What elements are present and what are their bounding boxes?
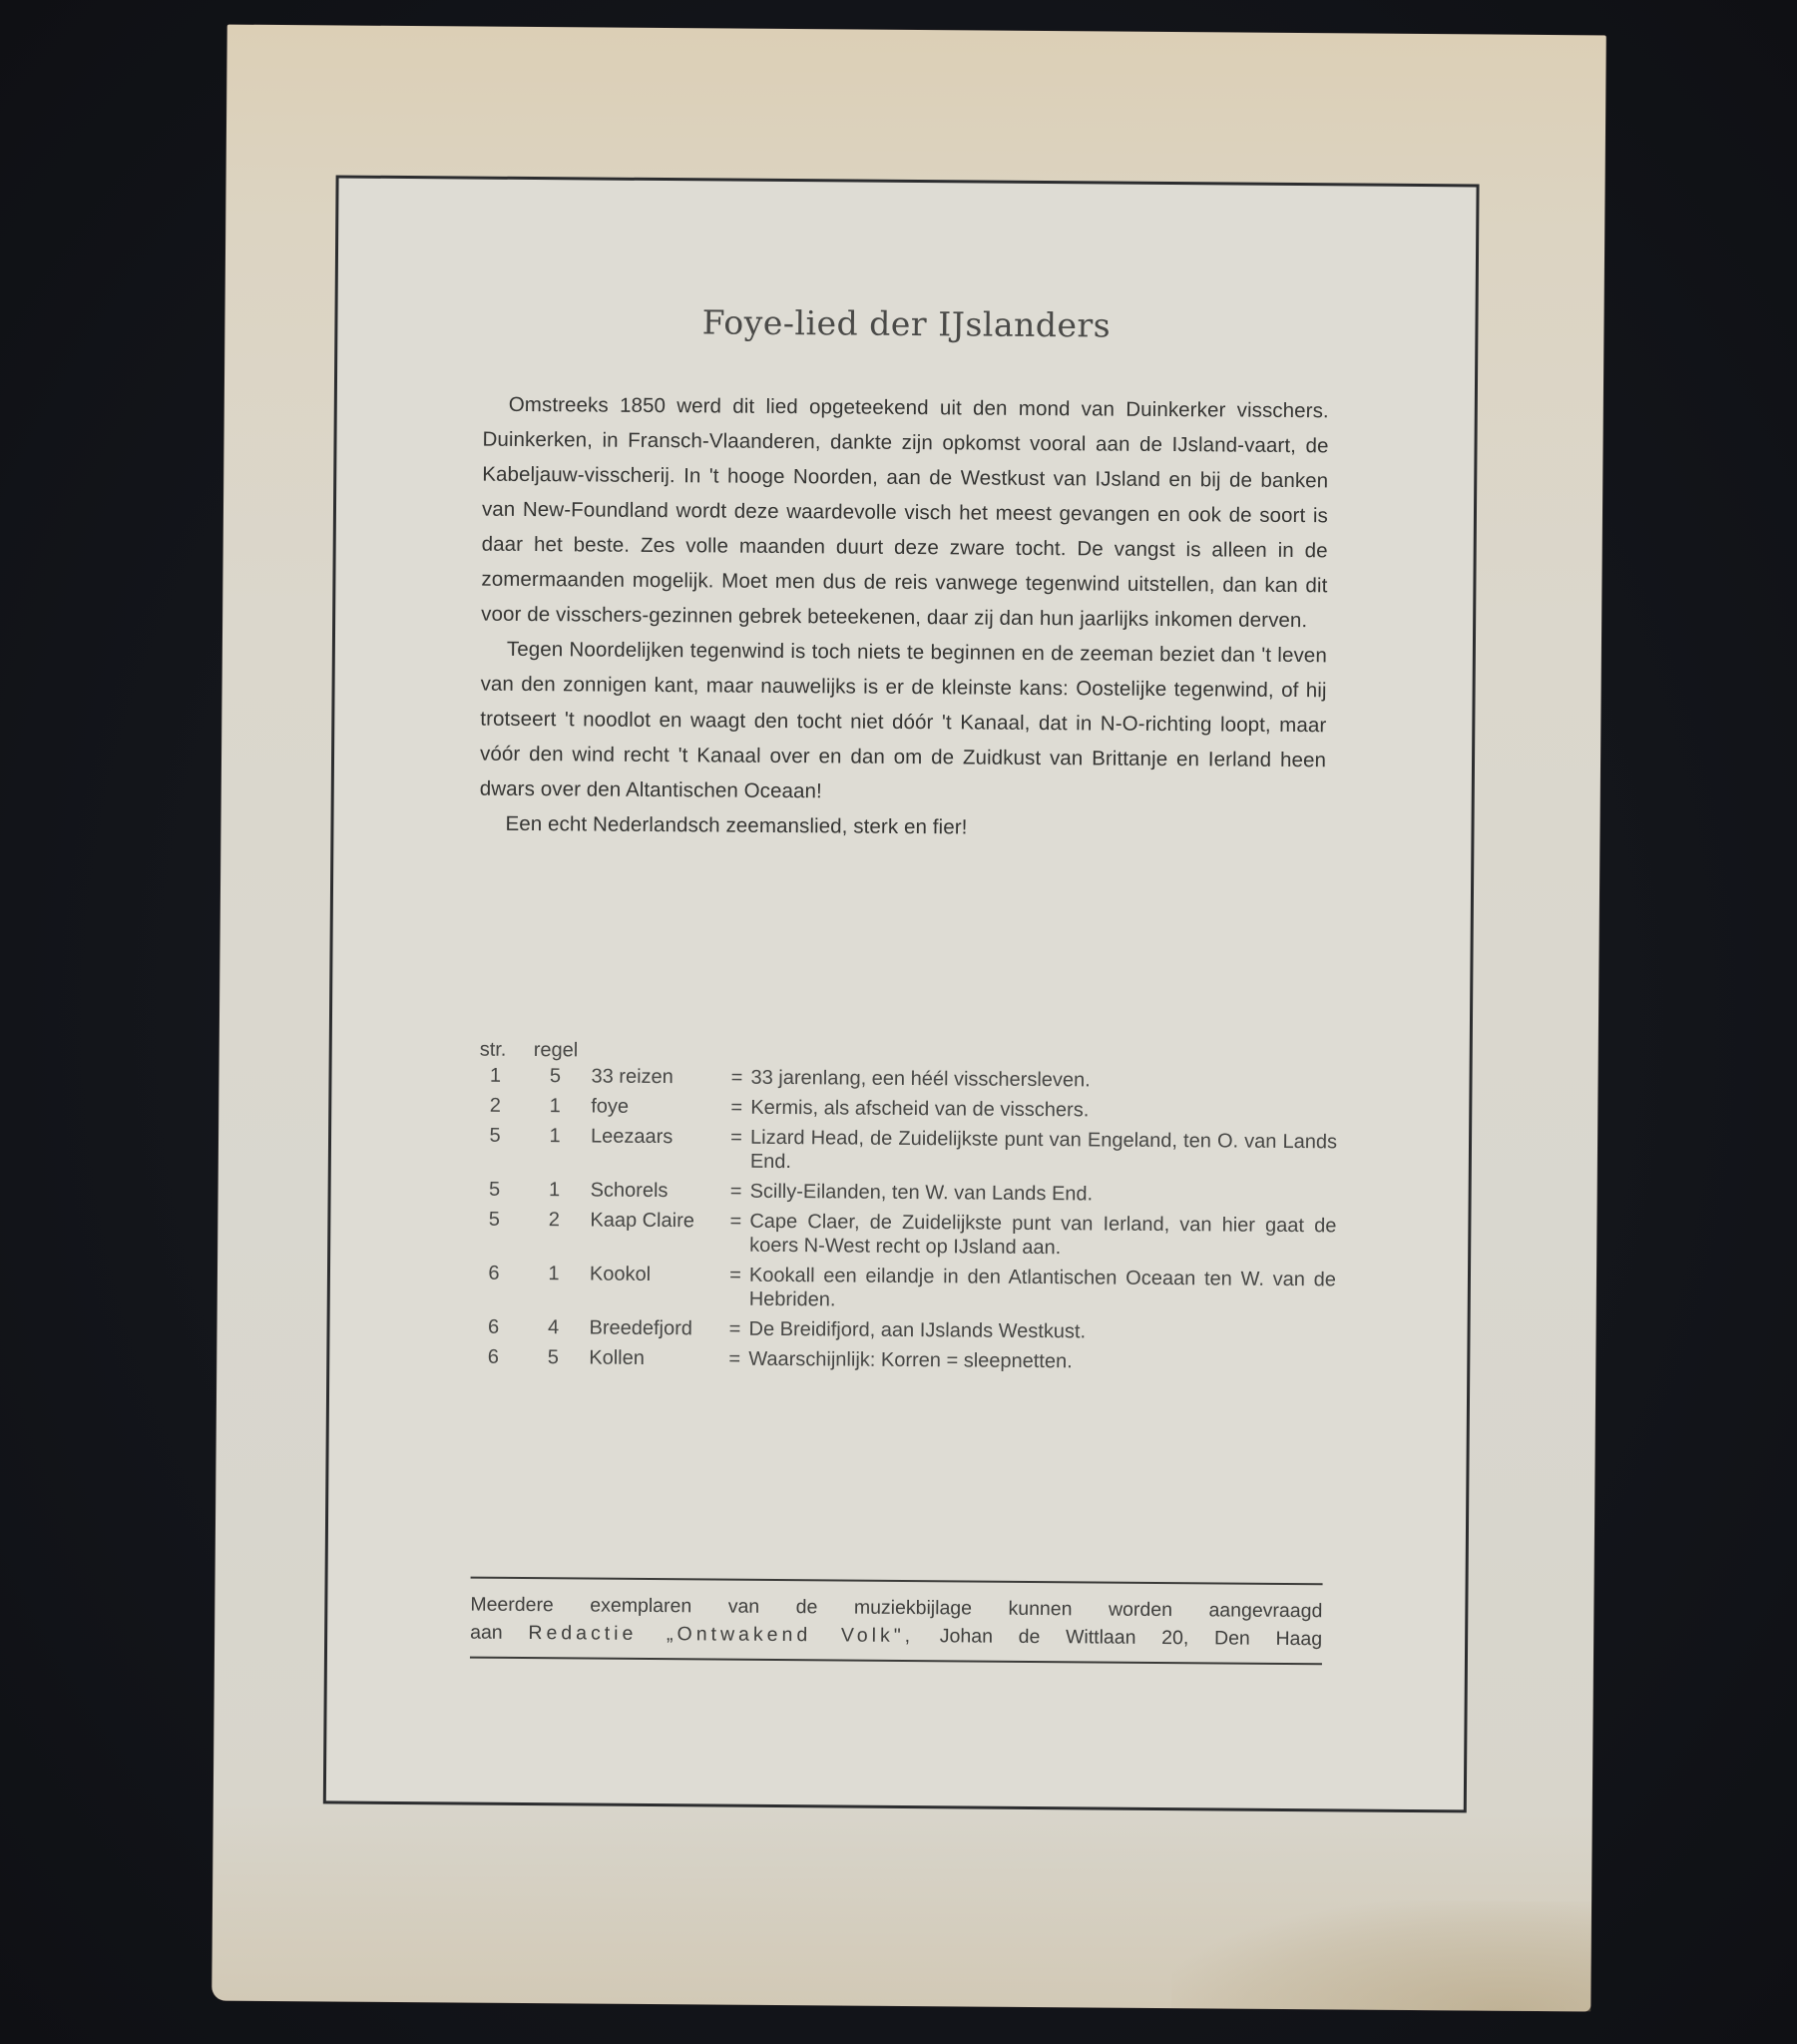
equals-sign: =	[722, 1180, 750, 1204]
definition: Lizard Head, de Zuidelijkste punt van En…	[750, 1126, 1337, 1179]
verse-number: 5	[474, 1208, 514, 1256]
definition: Scilly-Eilanden, ten W. van Lands End.	[750, 1180, 1337, 1209]
verse-number: 6	[473, 1345, 513, 1369]
water-stain	[1171, 1898, 1591, 2011]
term: Kookol	[590, 1262, 721, 1310]
term: foye	[591, 1095, 722, 1120]
glossary-notes: str.regel 1533 reizen=33 jarenlang, een …	[473, 1036, 1344, 1382]
footer-notice: Meerdere exemplaren van de muziekbijlage…	[470, 1577, 1323, 1666]
table-row: 51Schorels=Scilly-Eilanden, ten W. van L…	[475, 1178, 1343, 1209]
paper-sheet: Foye-lied der IJslanders Omstreeks 1850 …	[212, 25, 1606, 2012]
header-str: str.	[476, 1036, 534, 1064]
definition: 33 jarenlang, een héél visschersleven.	[750, 1066, 1337, 1095]
verse-number: 6	[474, 1262, 514, 1309]
footer-line-2: aan Redactie „Ontwakend Volk", Johan de …	[470, 1619, 1322, 1654]
page-border-frame: Foye-lied der IJslanders Omstreeks 1850 …	[323, 175, 1480, 1812]
line-number: 5	[533, 1345, 573, 1369]
definition: Kookall een eilandje in den Atlantischen…	[749, 1264, 1336, 1316]
line-number: 5	[535, 1064, 575, 1088]
equals-sign: =	[720, 1317, 748, 1341]
verse-number: 5	[475, 1178, 515, 1202]
table-row: 51Leezaars=Lizard Head, de Zuidelijkste …	[475, 1124, 1343, 1179]
equals-sign: =	[720, 1347, 748, 1371]
footer-text: Meerdere exemplaren van de muziekbijlage…	[470, 1579, 1323, 1664]
page-title: Foye-lied der IJslanders	[337, 299, 1475, 347]
equals-sign: =	[721, 1210, 749, 1258]
line-number: 1	[535, 1124, 575, 1172]
term: Kaap Claire	[590, 1208, 721, 1257]
line-number: 4	[533, 1315, 573, 1339]
line-number: 1	[534, 1262, 574, 1309]
equals-sign: =	[722, 1126, 750, 1174]
definition: Cape Claer, de Zuidelijkste punt van Ier…	[749, 1210, 1336, 1263]
footer-prefix: aan	[470, 1622, 503, 1644]
equals-sign: =	[721, 1264, 749, 1311]
definition: Kermis, als afscheid van de visschers.	[750, 1096, 1337, 1125]
footer-publisher: Redactie „Ontwakend Volk",	[528, 1622, 914, 1647]
line-number: 2	[534, 1208, 574, 1256]
table-row: 52Kaap Claire=Cape Claer, de Zuidelijkst…	[474, 1208, 1342, 1263]
verse-number: 2	[475, 1094, 515, 1118]
verse-number: 1	[475, 1064, 515, 1088]
intro-text: Omstreeks 1850 werd dit lied opgeteekend…	[479, 387, 1329, 848]
equals-sign: =	[722, 1066, 750, 1090]
term: 33 reizen	[591, 1065, 722, 1090]
line-number: 1	[535, 1094, 575, 1118]
line-number: 1	[535, 1178, 575, 1202]
notes-rows: 1533 reizen=33 jarenlang, een héél vissc…	[473, 1064, 1343, 1376]
term: Breedefjord	[589, 1315, 720, 1340]
footer-address: Johan de Wittlaan 20, Den Haag	[940, 1625, 1322, 1650]
paragraph: Tegen Noordelijken tegenwind is toch nie…	[480, 632, 1327, 813]
equals-sign: =	[722, 1096, 750, 1120]
verse-number: 6	[473, 1315, 513, 1339]
table-row: 61Kookol=Kookall een eilandje in den Atl…	[474, 1262, 1342, 1316]
term: Kollen	[589, 1345, 720, 1370]
paragraph: Omstreeks 1850 werd dit lied opgeteekend…	[481, 387, 1329, 639]
verse-number: 5	[475, 1124, 515, 1172]
header-regel: regel	[534, 1036, 579, 1064]
term: Leezaars	[591, 1124, 722, 1173]
term: Schorels	[591, 1178, 722, 1203]
definition: De Breidifjord, aan IJslands Westkust.	[748, 1317, 1335, 1346]
paragraph: Een echt Nederlandsch zeemanslied, sterk…	[479, 806, 1325, 848]
table-row: 64Breedefjord=De Breidifjord, aan IJslan…	[473, 1315, 1341, 1346]
table-row: 65Kollen=Waarschijnlijk: Korren = sleepn…	[473, 1345, 1341, 1376]
table-row: 21foye=Kermis, als afscheid van de vissc…	[475, 1094, 1343, 1125]
definition: Waarschijnlijk: Korren = sleepnetten.	[748, 1347, 1335, 1376]
